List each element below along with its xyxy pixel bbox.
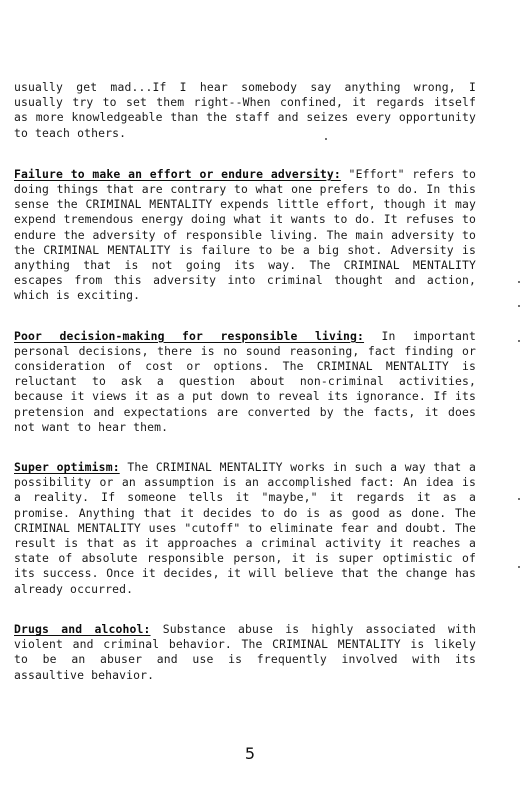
section-drugs-alcohol: Drugs and alcohol: Substance abuse is hi… — [14, 622, 476, 683]
scan-speck — [518, 281, 520, 283]
section-super-optimism: Super optimism: The CRIMINAL MENTALITY w… — [14, 460, 476, 597]
scan-speck — [518, 340, 520, 342]
section-heading: Failure to make an effort or endure adve… — [14, 167, 341, 181]
scan-speck — [518, 305, 520, 307]
continuation-paragraph: usually get mad...If I hear somebody say… — [14, 80, 476, 141]
section-decision-making: Poor decision-making for responsible liv… — [14, 329, 476, 435]
section-heading: Poor decision-making for responsible liv… — [14, 329, 364, 343]
section-heading: Drugs and alcohol: — [14, 622, 151, 636]
document-page: usually get mad...If I hear somebody say… — [14, 80, 476, 708]
scan-speck — [518, 566, 520, 568]
section-body: "Effort" refers to doing things that are… — [14, 167, 476, 303]
page-number: 5 — [0, 744, 500, 763]
scan-speck — [325, 138, 327, 140]
section-heading: Super optimism: — [14, 460, 120, 474]
continuation-text: usually get mad...If I hear somebody say… — [14, 80, 476, 140]
section-body: In important personal decisions, there i… — [14, 329, 476, 434]
scan-speck — [518, 498, 520, 500]
section-effort-adversity: Failure to make an effort or endure adve… — [14, 167, 476, 304]
section-body: The CRIMINAL MENTALITY works in such a w… — [14, 460, 476, 596]
